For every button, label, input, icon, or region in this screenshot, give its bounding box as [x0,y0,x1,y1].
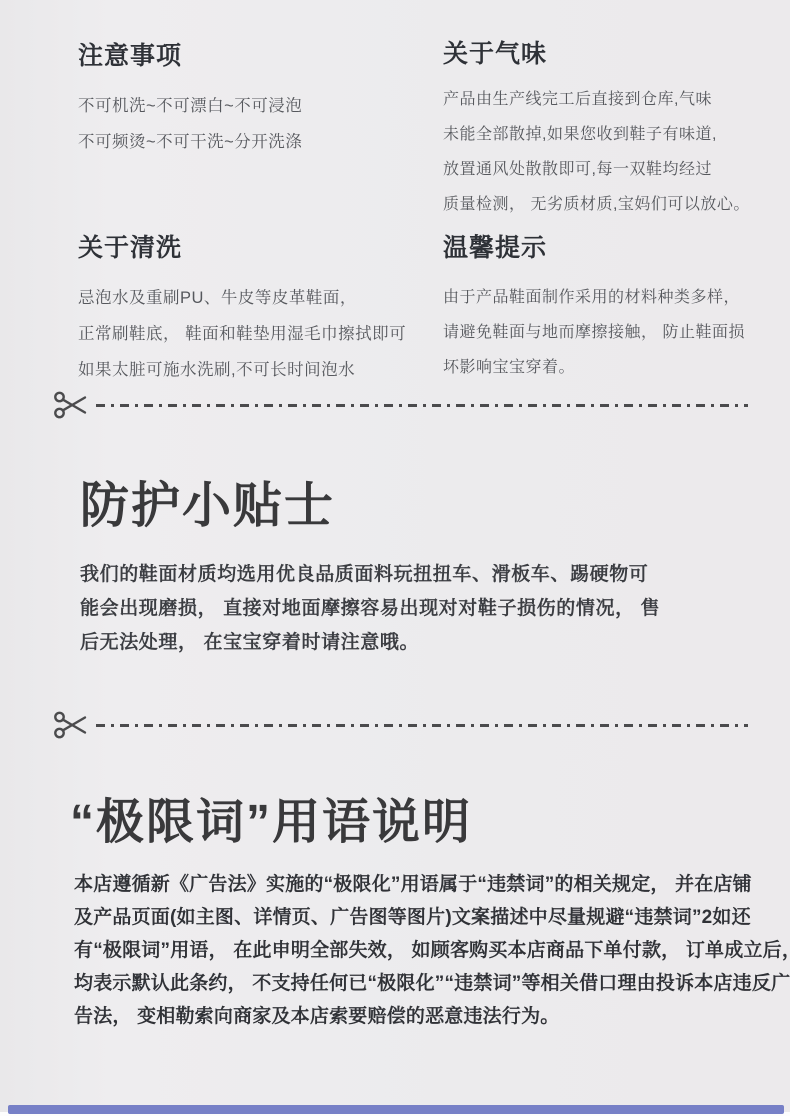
limit-words-line: 告法， 变相勒索向商家及本店索要赔偿的恶意违法行为。 [74,1000,790,1033]
card-tips-title: 温馨提示 [443,228,745,264]
card-odor-line: 未能全部散掉,如果您收到鞋子有味道, [443,117,750,152]
limit-words-line: 有“极限词”用语， 在此申明全部失效， 如顾客购买本店商品下单付款， 订单成立后… [74,934,790,967]
card-tips-line: 由于产品鞋面制作采用的材料种类多样， [443,280,745,315]
protection-title: 防护小贴士 [80,467,335,537]
card-odor-title: 关于气味 [443,34,750,70]
card-cleaning: 关于清洗 忌泡水及重刷PU、牛皮等皮革鞋面， 正常刷鞋底， 鞋面和鞋垫用湿毛巾擦… [78,228,406,388]
card-odor-line: 产品由生产线完工后直接到仓库,气味 [443,82,750,117]
dashed-cut-line [96,404,748,407]
protection-paragraph: 我们的鞋面材质均选用优良品质面料玩扭扭车、滑板车、踢硬物可 能会出现磨损， 直接… [80,558,660,660]
protection-line: 后无法处理， 在宝宝穿着时请注意哦。 [80,626,660,660]
dashed-cut-line [96,724,748,727]
card-tips: 温馨提示 由于产品鞋面制作采用的材料种类多样， 请避免鞋面与地而摩擦接触， 防止… [443,228,745,385]
card-notice: 注意事项 不可机洗~不可漂白~不可浸泡 不可频烫~不可干洗~分开洗涤 [78,36,302,160]
limit-words-line: 本店遵循新《广告法》实施的“极限化”用语属于“违禁词”的相关规定， 并在店铺 [74,868,790,901]
limit-words-line: 均表示默认此条约， 不支持任何已“极限化”“违禁词”等相关借口理由投诉本店违反广 [74,967,790,1000]
protection-line: 能会出现磨损， 直接对地面摩擦容易出现对对鞋子损伤的情况， 售 [80,592,660,626]
card-notice-line: 不可机洗~不可漂白~不可浸泡 [78,88,302,124]
card-notice-line: 不可频烫~不可干洗~分开洗涤 [78,124,302,160]
card-odor-line: 质量检测， 无劣质材质,宝妈们可以放心。 [443,187,750,222]
card-cleaning-line: 如果太脏可施水洗刷,不可长时间泡水 [78,352,406,388]
limit-words-paragraph: 本店遵循新《广告法》实施的“极限化”用语属于“违禁词”的相关规定， 并在店铺 及… [74,868,790,1033]
card-odor: 关于气味 产品由生产线完工后直接到仓库,气味 未能全部散掉,如果您收到鞋子有味道… [443,34,750,222]
card-tips-line: 坏影响宝宝穿着。 [443,350,745,385]
limit-words-line: 及产品页面(如主图、详情页、广告图等图片)文案描述中尽量规避“违禁词”2如还 [74,901,790,934]
horizontal-scrollbar[interactable] [8,1105,784,1114]
care-instructions-page: 注意事项 不可机洗~不可漂白~不可浸泡 不可频烫~不可干洗~分开洗涤 关于气味 … [0,0,790,1116]
card-cleaning-title: 关于清洗 [78,228,406,264]
cut-divider [52,390,748,420]
card-cleaning-line: 正常刷鞋底， 鞋面和鞋垫用湿毛巾擦拭即可 [78,316,406,352]
protection-line: 我们的鞋面材质均选用优良品质面料玩扭扭车、滑板车、踢硬物可 [80,558,660,592]
limit-words-title: “极限词”用语说明 [70,783,472,852]
card-cleaning-line: 忌泡水及重刷PU、牛皮等皮革鞋面， [78,280,406,316]
scissors-icon [52,390,90,420]
card-tips-line: 请避免鞋面与地而摩擦接触， 防止鞋面损 [443,315,745,350]
card-odor-line: 放置通风处散散即可,每一双鞋均经过 [443,152,750,187]
cut-divider [52,710,748,740]
scissors-icon [52,710,90,740]
card-notice-title: 注意事项 [78,36,302,72]
